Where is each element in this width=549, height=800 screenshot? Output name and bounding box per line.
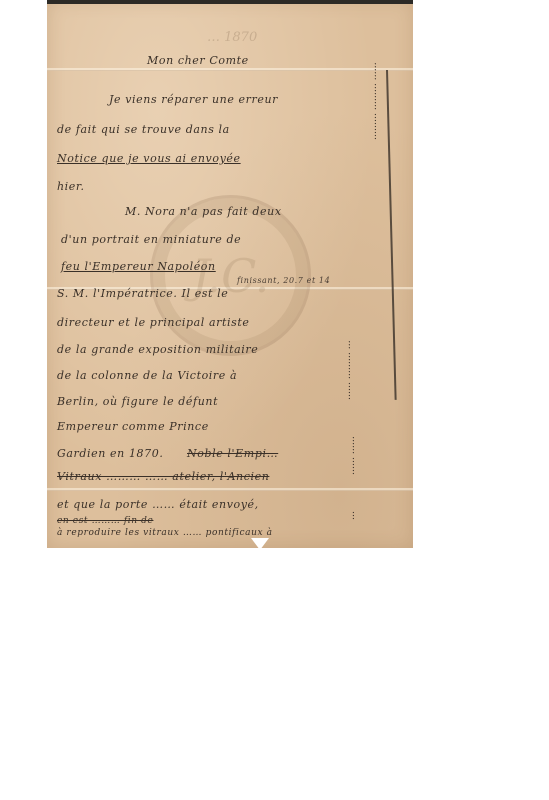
letter-line: feu l'Empereur Napoléon [61, 260, 216, 273]
letter-line: de la grande exposition militaire [57, 343, 258, 356]
letter-line: Empereur comme Prince [57, 420, 209, 433]
paper-fold [47, 488, 413, 491]
letter-line: de fait qui se trouve dans la [57, 123, 230, 136]
margin-note: ……… ……… …… [369, 62, 379, 140]
margin-note: … [347, 511, 357, 520]
letter-line: Je viens réparer une erreur [109, 93, 278, 106]
letter-line: et que la porte …… était envoyé, [57, 498, 259, 511]
letter-line: à reproduire les vitraux …… pontificaux … [57, 528, 273, 538]
faded-heading: … 1870 [207, 30, 257, 45]
paper-fold [47, 68, 413, 71]
letter-line: hier. [57, 180, 85, 193]
scanner-edge [47, 0, 413, 4]
letter-line: Notice que je vous ai envoyée [57, 152, 241, 165]
struck-text: Vitraux ……… …… atelier, l'Ancien [57, 470, 269, 483]
letter-line: Gardien en 1870. [57, 447, 163, 460]
struck-text: Noble l'Empi… [187, 447, 278, 460]
margin-line [386, 70, 397, 400]
letter-line: directeur et le principal artiste [57, 316, 250, 329]
inserted-text: finissant, 20.7 et 14 [237, 276, 330, 285]
struck-text: en est ……… fin de [57, 516, 153, 526]
margin-note: …… ……… … [343, 340, 353, 400]
letter-line: M. Nora n'a pas fait deux [125, 205, 282, 218]
letter-line: d'un portrait en miniature de [61, 233, 241, 246]
salutation: Mon cher Comte [147, 54, 249, 67]
margin-note: …… …… [347, 436, 357, 475]
letter-scan: … 1870 J.C. Mon cher Comte Je viens répa… [47, 0, 413, 548]
letter-line: de la colonne de la Victoire à [57, 369, 237, 382]
letter-line: S. M. l'Impératrice. Il est le [57, 287, 228, 300]
letter-line: Berlin, où figure le défunt [57, 395, 218, 408]
paper-tear [251, 538, 269, 550]
